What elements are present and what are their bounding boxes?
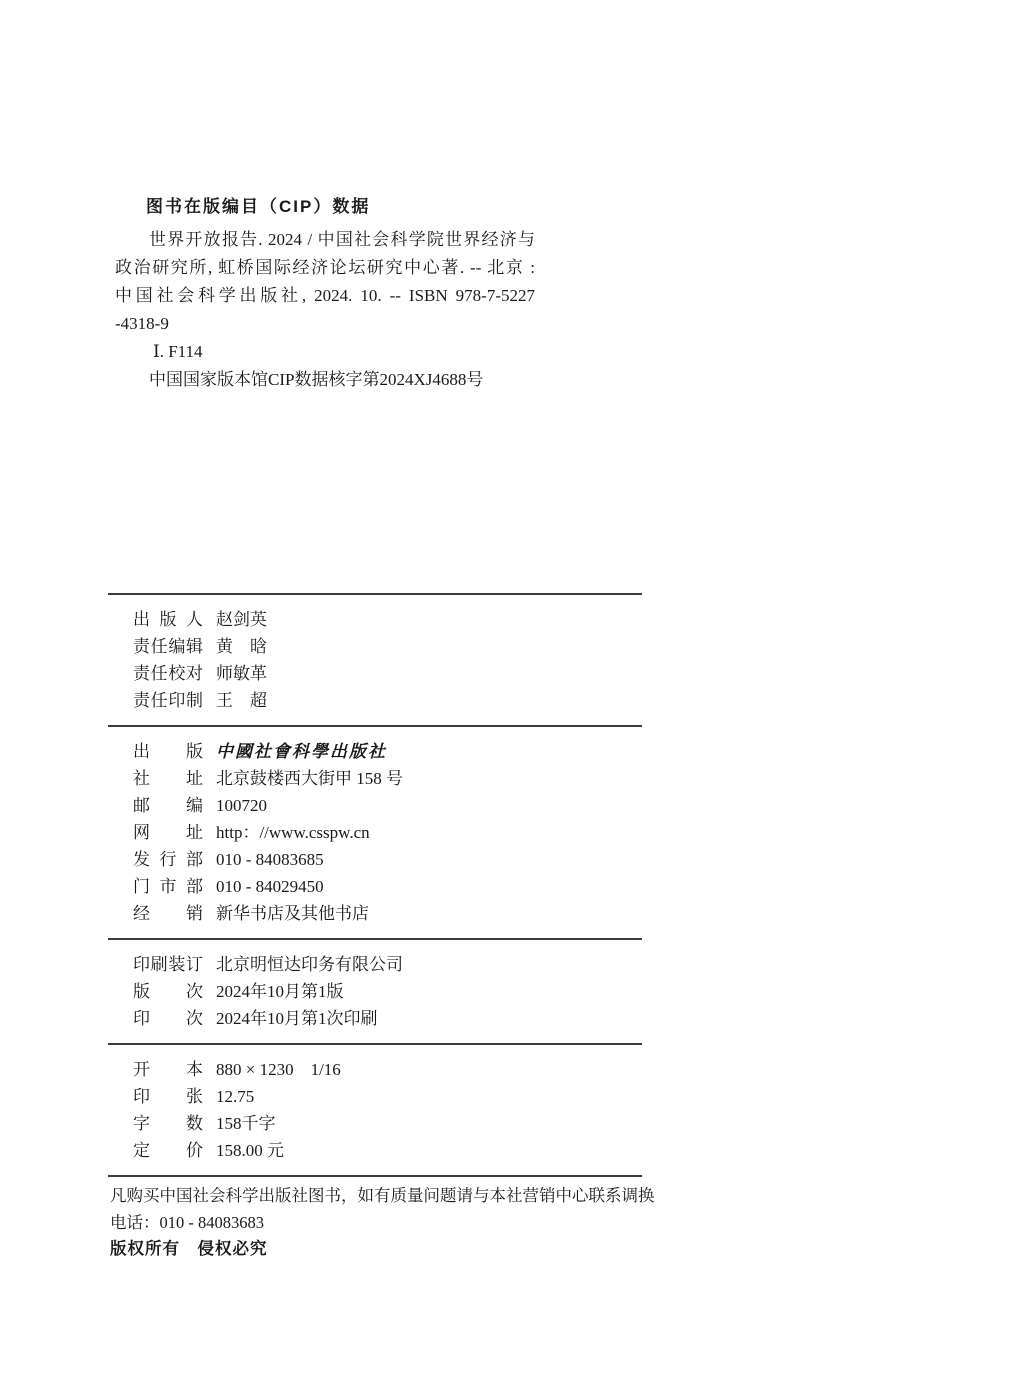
format-block: 开本880 × 1230 1/16 印张12.75 字数158千字 定价158.… (108, 1043, 642, 1177)
colophon-row: 发行部010 - 84083685 (133, 846, 642, 873)
colophon-row: 印张12.75 (133, 1083, 642, 1110)
colophon-row: 经销新华书店及其他书店 (133, 900, 642, 927)
colophon-row: 印刷装订北京明恒达印务有限公司 (133, 951, 642, 978)
phone-notice: 电话：010 - 84083683 (110, 1209, 670, 1236)
cip-record-line: -4318-9 (115, 310, 535, 338)
colophon: 出版人赵剑英 责任编辑黄 晗 责任校对师敏革 责任印制王 超 出版中國社會科學出… (108, 593, 642, 1177)
colophon-row: 开本880 × 1230 1/16 (133, 1056, 642, 1083)
row-label: 责任印制 (133, 687, 203, 714)
row-label: 社址 (133, 765, 203, 792)
colophon-row: 印次2024年10月第1次印刷 (133, 1005, 642, 1032)
row-label: 印次 (133, 1005, 203, 1032)
row-label: 责任校对 (133, 660, 203, 687)
row-value: 010 - 84083685 (216, 846, 324, 873)
row-value: 880 × 1230 1/16 (216, 1056, 341, 1083)
printing-block: 印刷装订北京明恒达印务有限公司 版次2024年10月第1版 印次2024年10月… (108, 938, 642, 1043)
row-value: 2024年10月第1次印刷 (216, 1005, 378, 1032)
cip-record-line: 中国社会科学出版社, 2024. 10. -- ISBN 978-7-5227 (115, 282, 535, 310)
row-label: 经销 (133, 900, 203, 927)
row-label: 印张 (133, 1083, 203, 1110)
colophon-row: 责任编辑黄 晗 (133, 633, 642, 660)
cip-record-line: 世界开放报告. 2024 / 中国社会科学院世界经济与 (115, 226, 535, 254)
row-label: 网址 (133, 819, 203, 846)
colophon-row: 定价158.00 元 (133, 1137, 642, 1164)
row-value: 2024年10月第1版 (216, 978, 344, 1005)
cip-registration-line: 中国国家版本馆CIP数据核字第2024XJ4688号 (115, 366, 535, 394)
row-label: 版次 (133, 978, 203, 1005)
copyright-page: 图书在版编目（CIP）数据 世界开放报告. 2024 / 中国社会科学院世界经济… (0, 0, 1020, 1375)
colophon-row: 门市部010 - 84029450 (133, 873, 642, 900)
row-value: 010 - 84029450 (216, 873, 324, 900)
row-value: 100720 (216, 792, 267, 819)
colophon-row: 出版中國社會科學出版社 (133, 738, 642, 765)
price-value: 158.00 元 (216, 1137, 284, 1164)
cip-classification-line: Ⅰ. F114 (115, 338, 535, 366)
colophon-row: 责任印制王 超 (133, 687, 642, 714)
colophon-row: 网址http：//www.csspw.cn (133, 819, 642, 846)
quality-notice: 凡购买中国社会科学出版社图书，如有质量问题请与本社营销中心联系调换 (110, 1182, 670, 1209)
row-value: 北京明恒达印务有限公司 (216, 951, 403, 978)
row-value: 黄 晗 (216, 633, 267, 660)
row-label: 印刷装订 (133, 951, 203, 978)
row-label: 邮编 (133, 792, 203, 819)
row-label: 发行部 (133, 846, 203, 873)
row-label: 门市部 (133, 873, 203, 900)
row-value: 王 超 (216, 687, 267, 714)
row-value: 赵剑英 (216, 606, 267, 633)
colophon-row: 邮编100720 (133, 792, 642, 819)
publisher-logo: 中國社會科學出版社 (216, 738, 387, 765)
row-label: 字数 (133, 1110, 203, 1137)
colophon-row: 社址北京鼓楼西大街甲 158 号 (133, 765, 642, 792)
colophon-row: 责任校对师敏革 (133, 660, 642, 687)
row-label: 开本 (133, 1056, 203, 1083)
copyright-notice: 版权所有 侵权必究 (110, 1236, 670, 1263)
row-label: 责任编辑 (133, 633, 203, 660)
row-value: 158千字 (216, 1110, 276, 1137)
row-label: 出版 (133, 738, 203, 765)
colophon-row: 版次2024年10月第1版 (133, 978, 642, 1005)
row-value: 师敏革 (216, 660, 267, 687)
cip-record: 世界开放报告. 2024 / 中国社会科学院世界经济与 政治研究所, 虹桥国际经… (115, 226, 535, 394)
row-value: 新华书店及其他书店 (216, 900, 369, 927)
colophon-row: 字数158千字 (133, 1110, 642, 1137)
staff-block: 出版人赵剑英 责任编辑黄 晗 责任校对师敏革 责任印制王 超 (108, 593, 642, 725)
website-url: http：//www.csspw.cn (216, 819, 370, 846)
row-label: 定价 (133, 1137, 203, 1164)
row-label: 出版人 (133, 606, 203, 633)
row-value: 北京鼓楼西大街甲 158 号 (216, 765, 403, 792)
row-value: 12.75 (216, 1083, 254, 1110)
publisher-block: 出版中國社會科學出版社 社址北京鼓楼西大街甲 158 号 邮编100720 网址… (108, 725, 642, 938)
cip-record-line: 政治研究所, 虹桥国际经济论坛研究中心著. -- 北京 : (115, 254, 535, 282)
cip-heading: 图书在版编目（CIP）数据 (146, 192, 370, 217)
colophon-row: 出版人赵剑英 (133, 606, 642, 633)
footer: 凡购买中国社会科学出版社图书，如有质量问题请与本社营销中心联系调换 电话：010… (110, 1182, 670, 1263)
